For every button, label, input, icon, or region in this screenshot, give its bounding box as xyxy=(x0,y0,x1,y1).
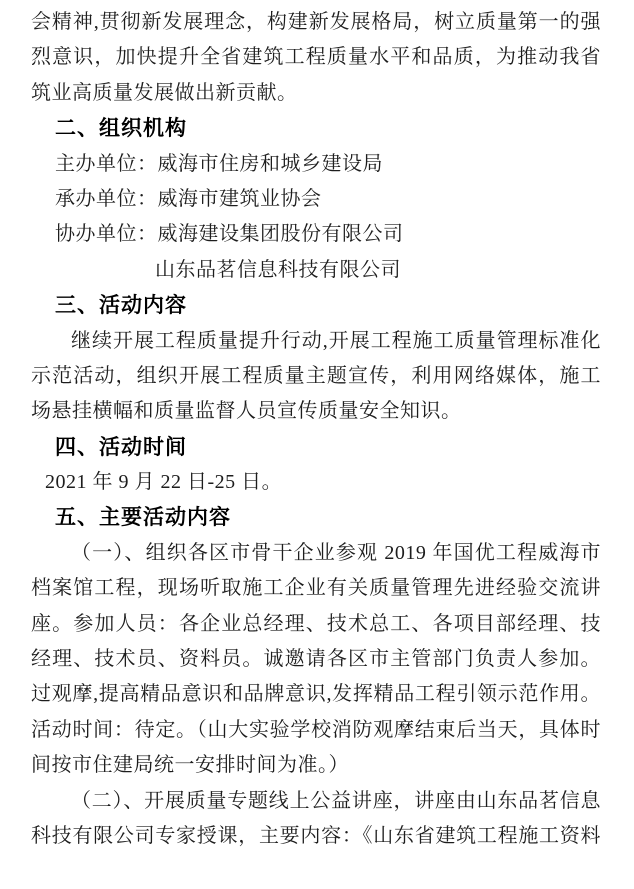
heading-section-5-main-activities: 五、主要活动内容 xyxy=(31,500,601,535)
paragraph-line: 活动时间：待定。（山大实验学校消防观摩结束后当天，具体时 xyxy=(31,713,601,748)
activity-date-line: 2021 年 9 月 22 日-25 日。 xyxy=(31,465,601,500)
heading-section-2-organization: 二、组织机构 xyxy=(31,111,601,146)
paragraph-line: 会精神,贯彻新发展理念，构建新发展格局，树立质量第一的强 xyxy=(31,5,601,40)
undertaker-line: 承办单位：威海市建筑业协会 xyxy=(31,182,601,217)
co-organizer-line: 协办单位：威海建设集团股份有限公司 xyxy=(31,217,601,252)
heading-section-4-activity-time: 四、活动时间 xyxy=(31,430,601,465)
paragraph-line: 过观摩,提高精品意识和品牌意识,发挥精品工程引领示范作用。 xyxy=(31,677,601,712)
paragraph-line: 档案馆工程，现场听取施工企业有关质量管理先进经验交流讲 xyxy=(31,571,601,606)
paragraph-line: 经理、技术员、资料员。诚邀请各区市主管部门负责人参加。通 xyxy=(31,642,601,677)
co-organizer-line-2: 山东品茗信息科技有限公司 xyxy=(31,253,601,288)
paragraph-line: （一）、组织各区市骨干企业参观 2019 年国优工程威海市 xyxy=(31,536,601,571)
paragraph-line: （二）、开展质量专题线上公益讲座，讲座由山东品茗信息 xyxy=(31,784,601,819)
document-page: 会精神,贯彻新发展理念，构建新发展格局，树立质量第一的强 烈意识，加快提升全省建… xyxy=(0,0,634,889)
paragraph-line: 场悬挂横幅和质量监督人员宣传质量安全知识。 xyxy=(31,394,601,429)
paragraph-line: 继续开展工程质量提升行动,开展工程施工质量管理标准化 xyxy=(31,324,601,359)
paragraph-line: 座。参加人员：各企业总经理、技术总工、各项目部经理、技术 xyxy=(31,607,601,642)
paragraph-line: 示范活动，组织开展工程质量主题宣传，利用网络媒体，施工现 xyxy=(31,359,601,394)
heading-section-3-activity-content: 三、活动内容 xyxy=(31,288,601,323)
paragraph-line: 烈意识，加快提升全省建筑工程质量水平和品质，为推动我省建 xyxy=(31,40,601,75)
organizer-line: 主办单位：威海市住房和城乡建设局 xyxy=(31,147,601,182)
paragraph-line: 间按市住建局统一安排时间为准。） xyxy=(31,748,601,783)
paragraph-line: 科技有限公司专家授课，主要内容：《山东省建筑工程施工资料 xyxy=(31,819,601,854)
document-content: 会精神,贯彻新发展理念，构建新发展格局，树立质量第一的强 烈意识，加快提升全省建… xyxy=(0,0,634,854)
paragraph-line: 筑业高质量发展做出新贡献。 xyxy=(31,76,601,111)
